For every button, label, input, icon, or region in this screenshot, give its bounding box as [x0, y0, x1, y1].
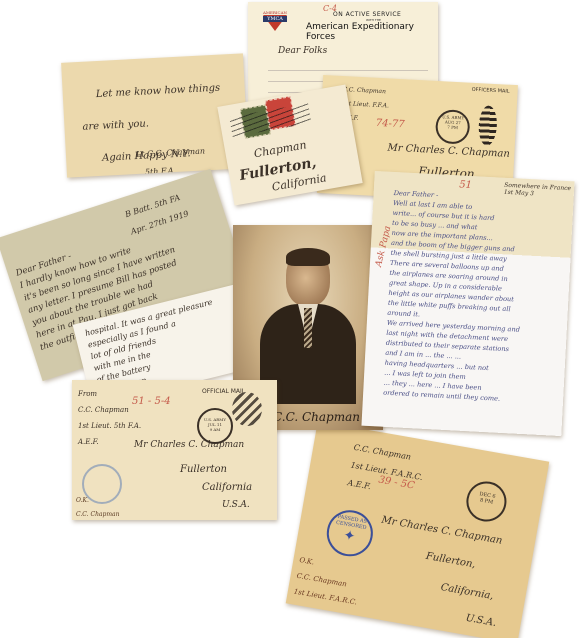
return-line: A.E.F. — [78, 438, 141, 446]
return-address: C.C. Chapman 1st Lieut. F.A.R.C. A.E.F. — [345, 434, 428, 509]
address-line: Mr Charles C. Chapman — [387, 142, 510, 159]
envelope-bottom-left: From C.C. Chapman 1st Lieut. 5th F.A. A.… — [72, 380, 277, 520]
censor-line: O.K. — [299, 556, 363, 575]
postmark-line: 7 PM — [438, 124, 468, 131]
pencil-mark: 74-77 — [375, 118, 404, 130]
pencil-mark: 51 - 5-4 — [132, 396, 171, 407]
return-line: C.C. Chapman — [78, 406, 141, 414]
censor-line: C.C. Chapman — [296, 572, 360, 591]
note-line: are with you. — [82, 113, 222, 136]
address-line: California — [202, 482, 252, 493]
cancellation-bars-icon — [232, 392, 262, 426]
ymca-badge: AMERICAN YMCA — [260, 10, 290, 31]
letterhead-subtitle: ON ACTIVE SERVICE — [333, 11, 401, 18]
letter-right: 51 Somewhere in France 1st May 3 Ask Pap… — [361, 171, 574, 436]
postmark: DEC 6 8 PM — [463, 478, 509, 524]
address-line: Mr Charles C. Chapman — [134, 440, 244, 450]
portrait-tie — [304, 308, 312, 348]
censor-line: C.C. Chapman — [76, 511, 130, 518]
return-line: C.C. Chapman — [342, 86, 390, 95]
postmark: U.S. ARMY AUG 27 7 PM — [435, 109, 471, 145]
censor-seal: PASSED AS CENSORED ✦ — [323, 507, 376, 560]
address-line: Fullerton, — [425, 551, 506, 576]
portrait-signature: C.C. Chapman — [273, 410, 360, 424]
portrait-figure — [268, 250, 348, 400]
censor-signature: O.K. C.C. Chapman 1st Lieut. 5th F.A. — [76, 490, 130, 520]
note-signature: Lt C.C. Chapman 5th F.A. — [135, 137, 206, 177]
postmark-line: 9 AM — [199, 427, 231, 432]
address: Mr Charles C. Chapman Fullerton, Califor… — [365, 504, 514, 638]
return-address: From C.C. Chapman 1st Lieut. 5th F.A. A.… — [78, 382, 141, 454]
portrait-hair — [286, 248, 330, 266]
envelope-bottom-right: C.C. Chapman 1st Lieut. F.A.R.C. A.E.F. … — [286, 421, 550, 638]
postmark: U.S. ARMY JUL 11 9 AM — [197, 408, 233, 444]
address-line: U.S.A. — [465, 613, 497, 629]
officers-mail-label: OFFICERS MAIL — [470, 87, 510, 95]
return-line: 1st Lieut. 5th F.A. — [78, 422, 141, 430]
letter-body: Dear Father - Well at last I am able to … — [383, 188, 569, 407]
return-line: C.C. Chapman — [353, 443, 427, 465]
address-line: Fullerton — [180, 464, 227, 475]
greeting: Dear Folks — [278, 46, 327, 56]
address-line: California, — [440, 582, 502, 603]
address-line: U.S.A. — [222, 500, 250, 510]
letterhead-title: American Expeditionary Forces — [306, 22, 438, 42]
cancellation-bars-icon — [478, 105, 498, 146]
censor-line: 1st Lieut. F.A.R.C. — [293, 587, 357, 606]
censor-line: O.K. — [76, 497, 130, 504]
badge-label: YMCA — [263, 16, 287, 22]
censor-signature: O.K. C.C. Chapman 1st Lieut. F.A.R.C. — [292, 548, 365, 614]
note-line: Let me know how things — [95, 81, 220, 103]
pencil-number: 51 — [459, 179, 472, 191]
note-line: Lt C.C. Chapman — [136, 146, 205, 159]
